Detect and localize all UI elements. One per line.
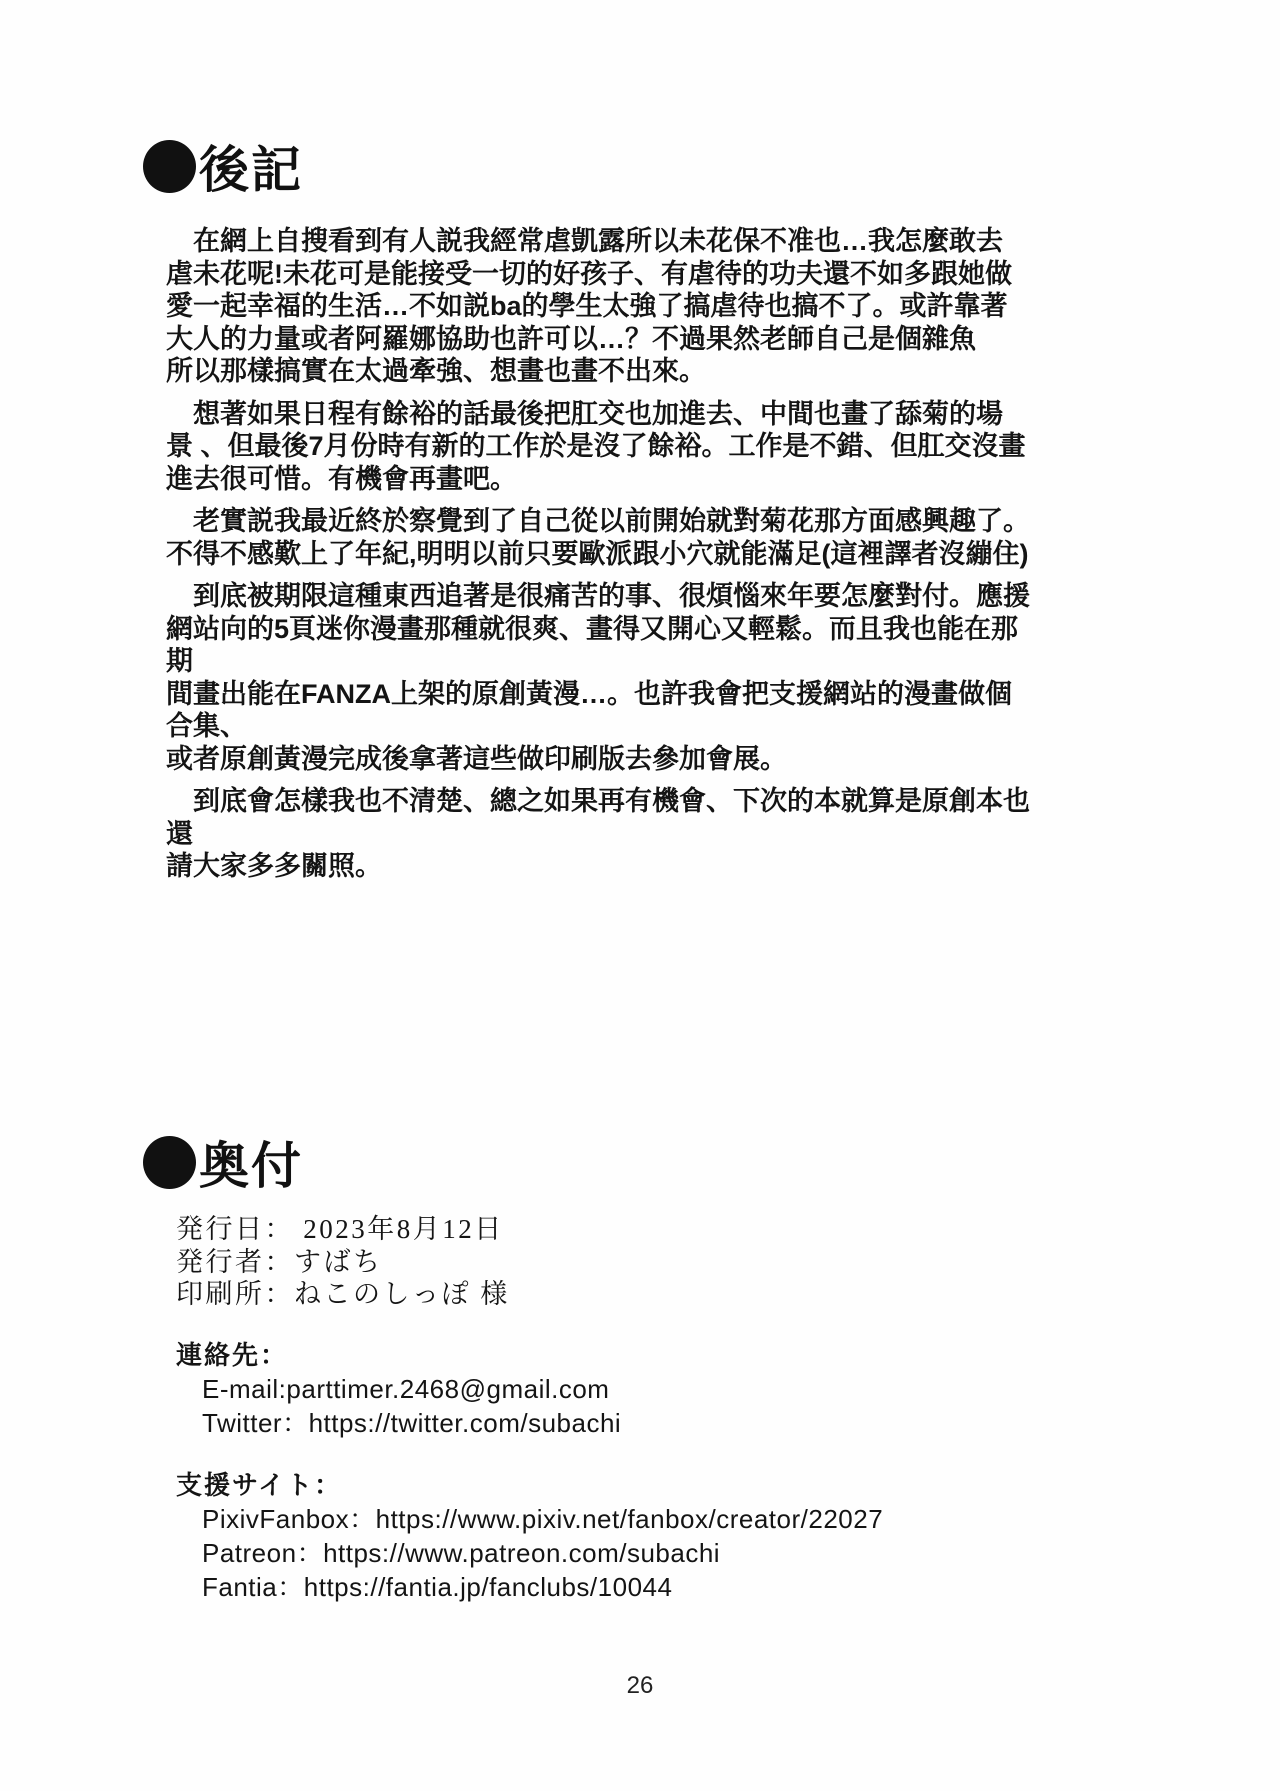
document-page: 後記 在網上自搜看到有人説我經常虐凱露所以未花保不准也…我怎麼敢去 虐未花呢!未…	[0, 0, 1280, 1791]
afterword-body: 在網上自搜看到有人説我經常虐凱露所以未花保不准也…我怎麼敢去 虐未花呢!未花可是…	[166, 225, 1036, 893]
bullet-circle-icon	[143, 1136, 196, 1189]
afterword-paragraph: 想著如果日程有餘裕的話最後把肛交也加進去、中間也畫了舔菊的場 景 、但最後7月份…	[166, 398, 1036, 496]
publisher-line: 発行者：すばち	[176, 1246, 510, 1279]
contact-twitter-url: Twitter：https://twitter.com/subachi	[176, 1406, 621, 1440]
support-heading: 支援サイト：	[176, 1468, 883, 1502]
support-sites: 支援サイト： PixivFanbox：https://www.pixiv.net…	[176, 1468, 883, 1604]
support-patreon-url: Patreon：https://www.patreon.com/subachi	[176, 1536, 883, 1570]
page-number: 26	[0, 1672, 1280, 1700]
colophon-title: 奥付	[199, 1126, 303, 1198]
publish-date-line: 発行日： 2023年8月12日	[176, 1213, 510, 1246]
contact-info: 連絡先： E-mail:parttimer.2468@gmail.com Twi…	[176, 1338, 621, 1440]
bullet-circle-icon	[143, 140, 196, 193]
printer-line: 印刷所：ねこのしっぽ 様	[176, 1278, 510, 1311]
support-fantia-url: Fantia：https://fantia.jp/fanclubs/10044	[176, 1570, 883, 1604]
afterword-paragraph: 到底被期限這種東西追著是很痛苦的事、很煩惱來年要怎麼對付。應援 網站向的5頁迷你…	[166, 580, 1036, 775]
afterword-paragraph: 在網上自搜看到有人説我經常虐凱露所以未花保不准也…我怎麼敢去 虐未花呢!未花可是…	[166, 225, 1036, 388]
afterword-title: 後記	[199, 130, 303, 202]
afterword-heading: 後記	[143, 130, 303, 202]
contact-heading: 連絡先：	[176, 1338, 621, 1372]
colophon-heading: 奥付	[143, 1126, 303, 1198]
afterword-paragraph: 到底會怎樣我也不清楚、總之如果再有機會、下次的本就算是原創本也還 請大家多多關照…	[166, 785, 1036, 883]
afterword-paragraph: 老實説我最近終於察覺到了自己從以前開始就對菊花那方面感興趣了。 不得不感歎上了年…	[166, 505, 1036, 570]
support-fanbox-url: PixivFanbox：https://www.pixiv.net/fanbox…	[176, 1502, 883, 1536]
contact-email: E-mail:parttimer.2468@gmail.com	[176, 1372, 621, 1406]
publish-info: 発行日： 2023年8月12日 発行者：すばち 印刷所：ねこのしっぽ 様	[176, 1213, 510, 1311]
